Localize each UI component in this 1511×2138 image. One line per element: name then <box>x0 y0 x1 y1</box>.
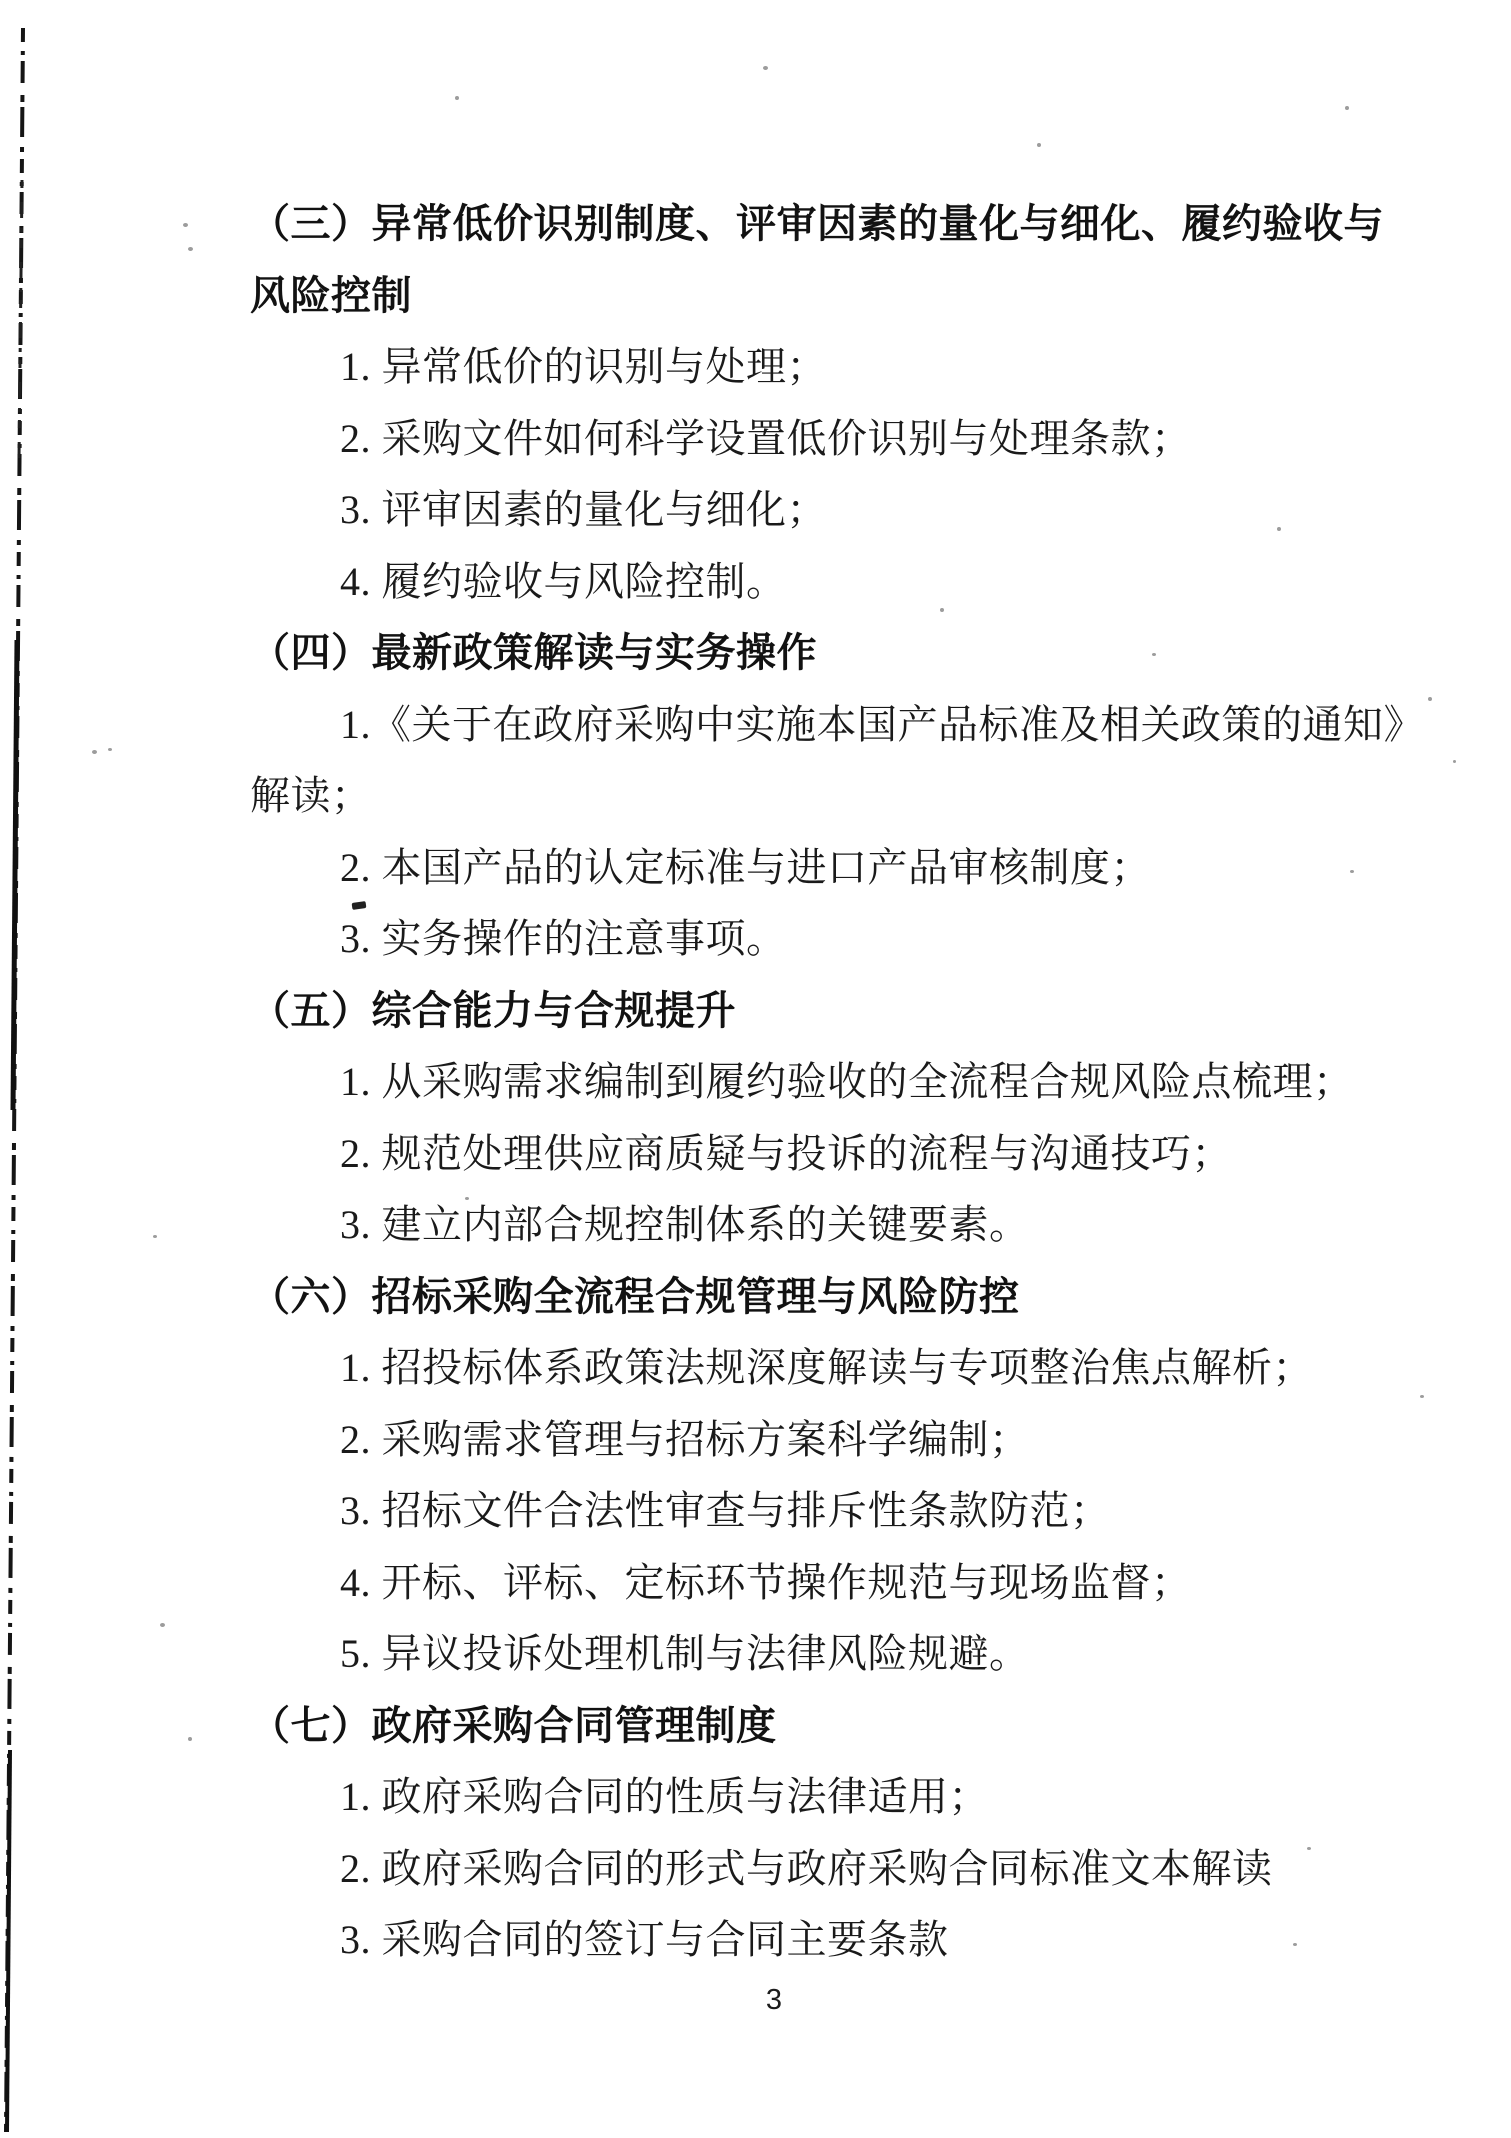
scan-speck <box>92 750 97 754</box>
scan-speck <box>1420 1395 1424 1398</box>
section-5-heading: （五）综合能力与合规提升 <box>250 975 1350 1047</box>
section-6-item-3: 3. 招标文件合法性审查与排斥性条款防范； <box>250 1475 1350 1547</box>
scan-speck <box>1037 143 1041 147</box>
section-5-item-1: 1. 从采购需求编制到履约验收的全流程合规风险点梳理； <box>250 1046 1350 1118</box>
section-7-item-2: 2. 政府采购合同的形式与政府采购合同标准文本解读 <box>250 1833 1350 1905</box>
section-7-item-1: 1. 政府采购合同的性质与法律适用； <box>250 1761 1350 1833</box>
scan-speck <box>1350 870 1354 873</box>
scan-speck <box>183 223 188 227</box>
document-body: （三）异常低价识别制度、评审因素的量化与细化、履约验收与 风险控制 1. 异常低… <box>250 188 1350 1976</box>
scan-speck <box>1453 760 1456 763</box>
scan-speck <box>160 1623 165 1627</box>
section-6-heading: （六）招标采购全流程合规管理与风险防控 <box>250 1261 1350 1333</box>
section-4-item-3: 3. 实务操作的注意事项。 <box>250 903 1350 975</box>
section-3-item-4: 4. 履约验收与风险控制。 <box>250 546 1350 618</box>
section-3-item-2: 2. 采购文件如何科学设置低价识别与处理条款； <box>250 403 1350 475</box>
section-6-item-4: 4. 开标、评标、定标环节操作规范与现场监督； <box>250 1547 1350 1619</box>
section-4-item-1-line-1: 1.《关于在政府采购中实施本国产品标准及相关政策的通知》 <box>250 689 1350 761</box>
section-3-heading-line-2: 风险控制 <box>250 260 1350 332</box>
scan-speck <box>188 247 193 251</box>
section-6-item-1: 1. 招投标体系政策法规深度解读与专项整治焦点解析； <box>250 1332 1350 1404</box>
section-7-heading: （七）政府采购合同管理制度 <box>250 1690 1350 1762</box>
section-5-item-3: 3. 建立内部合规控制体系的关键要素。 <box>250 1189 1350 1261</box>
scan-speck <box>763 66 768 70</box>
scan-speck <box>1345 106 1349 110</box>
scan-speck <box>1428 697 1432 701</box>
section-5-item-2: 2. 规范处理供应商质疑与投诉的流程与沟通技巧； <box>250 1118 1350 1190</box>
section-6-item-2: 2. 采购需求管理与招标方案科学编制； <box>250 1404 1350 1476</box>
section-6-item-5: 5. 异议投诉处理机制与法律风险规避。 <box>250 1618 1350 1690</box>
scan-speck <box>153 1235 157 1238</box>
section-4-item-2: 2. 本国产品的认定标准与进口产品审核制度； <box>250 832 1350 904</box>
section-4-item-1-line-2: 解读； <box>250 760 1350 832</box>
section-4-heading: （四）最新政策解读与实务操作 <box>250 617 1350 689</box>
scan-speck <box>455 96 459 100</box>
section-3-item-3: 3. 评审因素的量化与细化； <box>250 474 1350 546</box>
section-3-heading-line-1: （三）异常低价识别制度、评审因素的量化与细化、履约验收与 <box>250 188 1350 260</box>
section-7-item-3: 3. 采购合同的签订与合同主要条款 <box>250 1904 1350 1976</box>
section-3-item-1: 1. 异常低价的识别与处理； <box>250 331 1350 403</box>
scanned-document-page: （三）异常低价识别制度、评审因素的量化与细化、履约验收与 风险控制 1. 异常低… <box>0 0 1511 2138</box>
scan-edge-line <box>0 0 40 2138</box>
page-number: 3 <box>0 1984 1511 2017</box>
scan-speck <box>188 1737 192 1741</box>
scan-speck <box>108 748 112 751</box>
